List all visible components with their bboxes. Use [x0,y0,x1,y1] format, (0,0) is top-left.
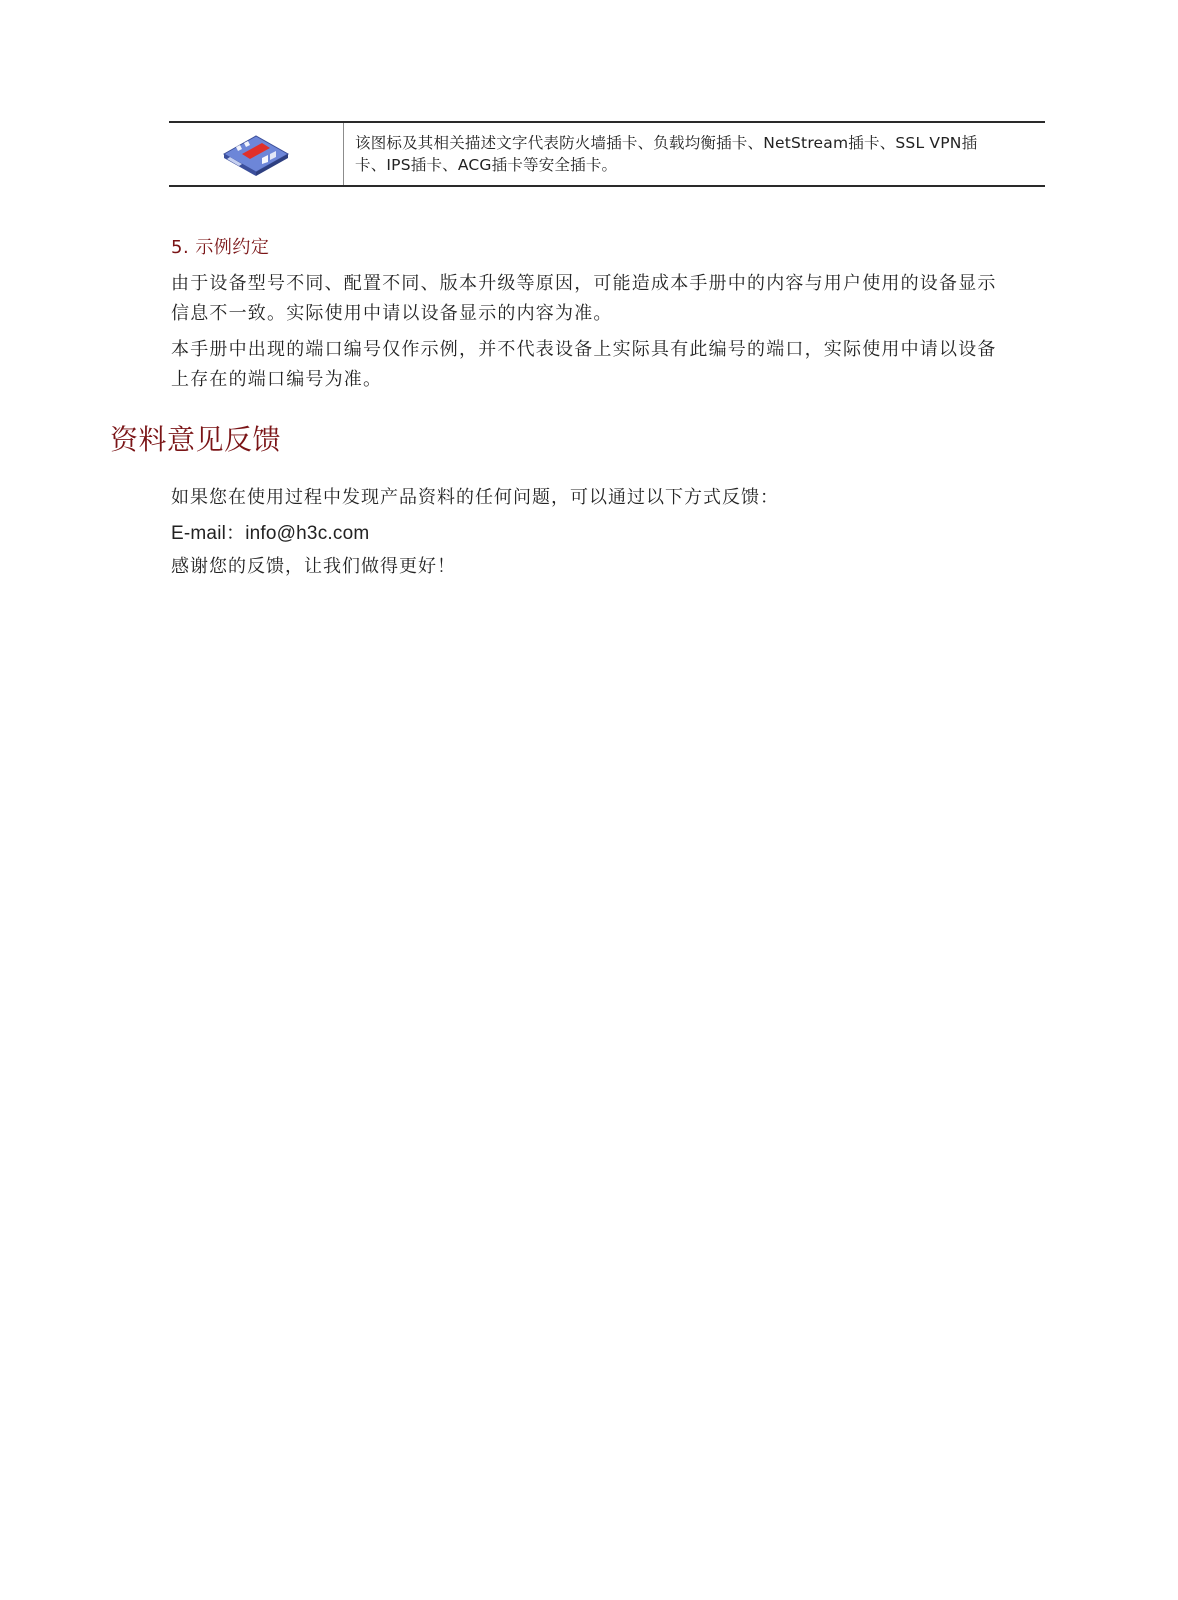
paragraph-line: 信息不一致。实际使用中请以设备显示的内容为准。 [171,299,997,329]
description-line: 该图标及其相关描述文字代表防火墙插卡、负载均衡插卡、NetStream插卡、SS… [355,132,1045,154]
feedback-intro: 如果您在使用过程中发现产品资料的任何问题，可以通过以下方式反馈： [171,483,779,509]
paragraph-line: 上存在的端口编号为准。 [171,365,997,395]
paragraph-port-numbering: 本手册中出现的端口编号仅作示例，并不代表设备上实际具有此编号的端口，实际使用中请… [171,335,997,395]
icon-description: 该图标及其相关描述文字代表防火墙插卡、负载均衡插卡、NetStream插卡、SS… [344,123,1045,185]
section-heading-examples: 5. 示例约定 [171,233,269,259]
security-card-icon [222,132,290,176]
paragraph-line: 由于设备型号不同、配置不同、版本升级等原因，可能造成本手册中的内容与用户使用的设… [171,269,997,299]
icon-cell [169,123,344,185]
paragraph-line: 本手册中出现的端口编号仅作示例，并不代表设备上实际具有此编号的端口，实际使用中请… [171,335,997,365]
feedback-title: 资料意见反馈 [110,418,281,458]
description-line: 卡、IPS插卡、ACG插卡等安全插卡。 [355,154,1045,176]
document-page: 该图标及其相关描述文字代表防火墙插卡、负载均衡插卡、NetStream插卡、SS… [0,0,1178,1600]
feedback-thanks: 感谢您的反馈，让我们做得更好！ [171,552,456,578]
paragraph-device-variance: 由于设备型号不同、配置不同、版本升级等原因，可能造成本手册中的内容与用户使用的设… [171,269,997,329]
icon-legend-table: 该图标及其相关描述文字代表防火墙插卡、负载均衡插卡、NetStream插卡、SS… [169,121,1045,187]
feedback-email[interactable]: E-mail：info@h3c.com [171,518,369,545]
